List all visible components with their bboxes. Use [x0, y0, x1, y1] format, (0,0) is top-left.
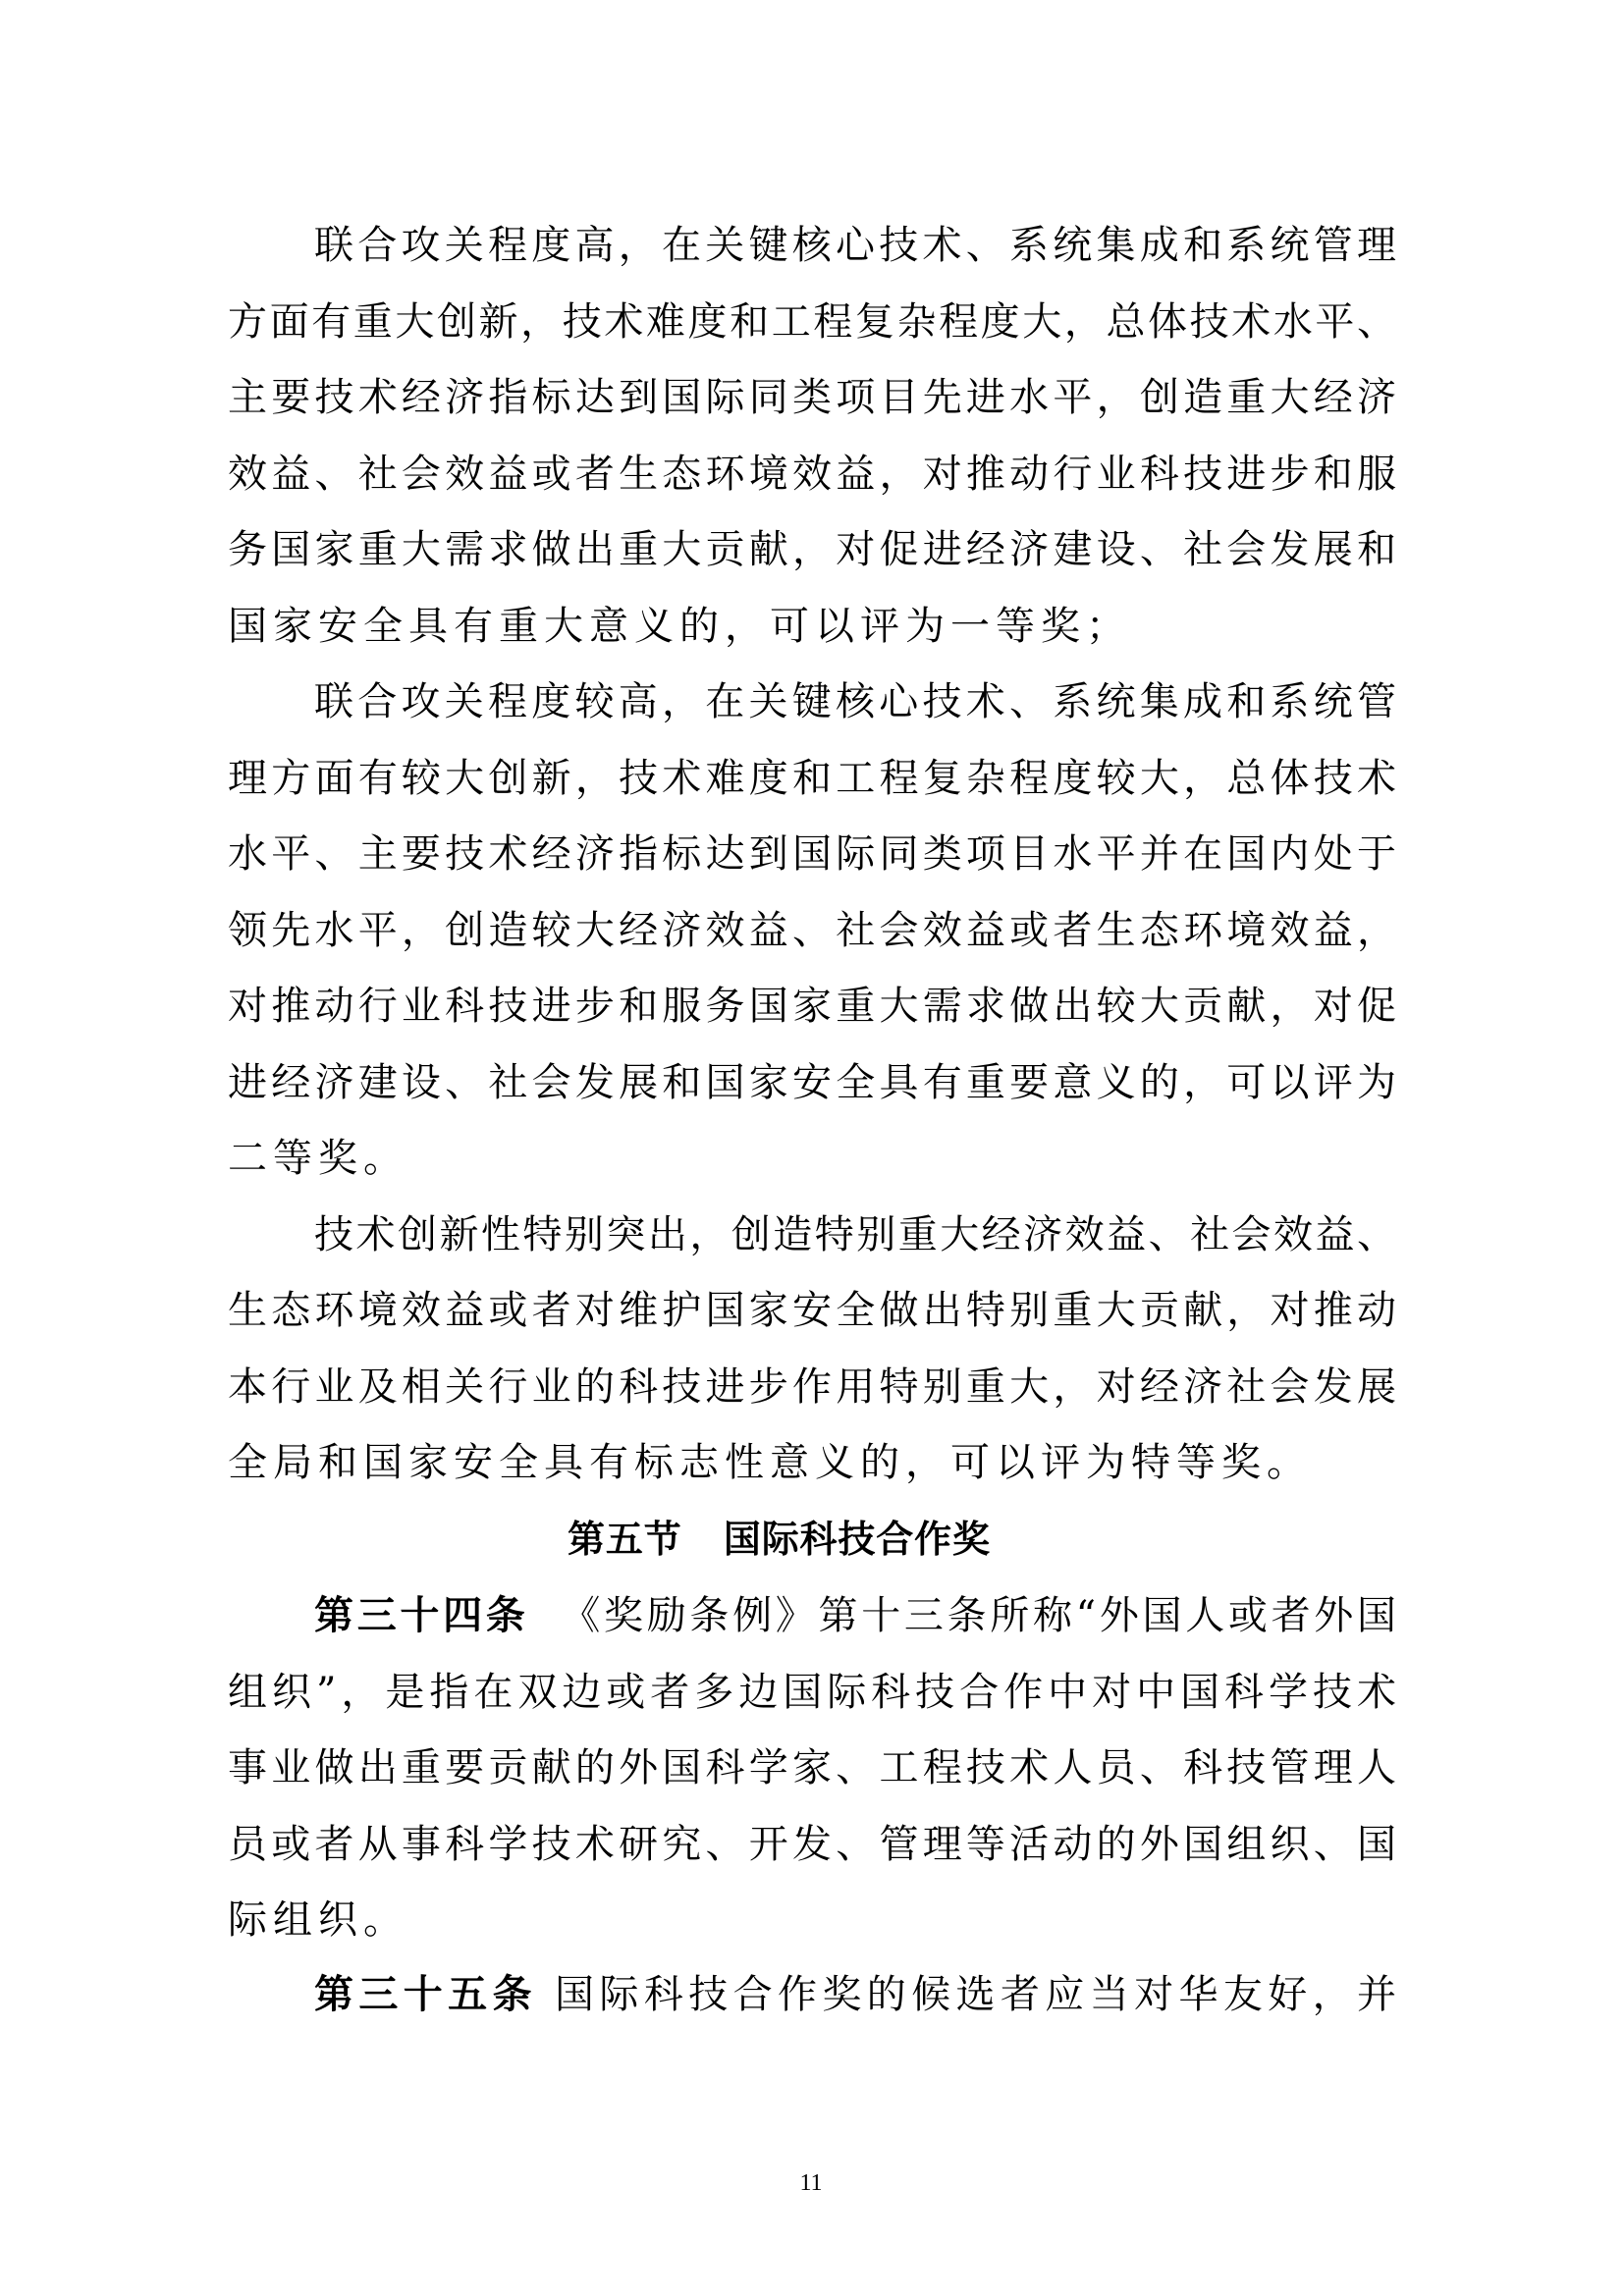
article-34-line-5: 际组织。	[228, 1898, 1396, 1942]
article-35-text: 国际科技合作奖的候选者应当对华友好，并	[555, 1972, 1396, 2017]
article-34-text: 《奖励条例》第十三条所称“外国人或者外国	[561, 1593, 1396, 1638]
paragraph-3-line-4: 全局和国家安全具有标志性意义的，可以评为特等奖。	[228, 1441, 1396, 1484]
paragraph-2-line-5: 对推动行业科技进步和服务国家重大需求做出较大贡献，对促	[228, 985, 1396, 1028]
article-34-line-1: 第三十四条 《奖励条例》第十三条所称“外国人或者外国	[314, 1594, 1396, 1637]
paragraph-1-line-3: 主要技术经济指标达到国际同类项目先进水平，创造重大经济	[228, 376, 1396, 419]
paragraph-1-line-2: 方面有重大创新，技术难度和工程复杂程度大，总体技术水平、	[228, 300, 1396, 344]
paragraph-3-line-3: 本行业及相关行业的科技进步作用特别重大，对经济社会发展	[228, 1365, 1396, 1409]
paragraph-3-line-1: 技术创新性特别突出，创造特别重大经济效益、社会效益、	[314, 1213, 1396, 1256]
paragraph-1-line-4: 效益、社会效益或者生态环境效益，对推动行业科技进步和服	[228, 453, 1396, 496]
document-page: 联合攻关程度高，在关键核心技术、系统集成和系统管理 方面有重大创新，技术难度和工…	[0, 0, 1624, 2296]
paragraph-2-line-7: 二等奖。	[228, 1137, 1396, 1180]
article-34-line-3: 事业做出重要贡献的外国科学家、工程技术人员、科技管理人	[228, 1746, 1396, 1789]
section-title: 国际科技合作奖	[724, 1518, 990, 1561]
paragraph-2-line-1: 联合攻关程度较高，在关键核心技术、系统集成和系统管	[314, 680, 1396, 723]
article-34-line-2: 组织”，是指在双边或者多边国际科技合作中对中国科学技术	[228, 1671, 1396, 1714]
section-heading: 第五节 国际科技合作奖	[568, 1518, 990, 1561]
article-35-line-1: 第三十五条 国际科技合作奖的候选者应当对华友好，并	[314, 1973, 1396, 2016]
article-34-label: 第三十四条	[314, 1592, 528, 1638]
paragraph-2-line-4: 领先水平，创造较大经济效益、社会效益或者生态环境效益，	[228, 909, 1396, 952]
paragraph-2-line-6: 进经济建设、社会发展和国家安全具有重要意义的，可以评为	[228, 1061, 1396, 1104]
article-35-label: 第三十五条	[314, 1971, 537, 2017]
article-34-line-4: 员或者从事科学技术研究、开发、管理等活动的外国组织、国	[228, 1823, 1396, 1866]
paragraph-2-line-3: 水平、主要技术经济指标达到国际同类项目水平并在国内处于	[228, 832, 1396, 876]
page-number: 11	[785, 2169, 837, 2197]
section-number: 第五节	[568, 1518, 682, 1561]
paragraph-2-line-2: 理方面有较大创新，技术难度和工程复杂程度较大，总体技术	[228, 757, 1396, 800]
paragraph-1-line-5: 务国家重大需求做出重大贡献，对促进经济建设、社会发展和	[228, 528, 1396, 571]
paragraph-1-line-1: 联合攻关程度高，在关键核心技术、系统集成和系统管理	[314, 224, 1396, 267]
paragraph-3-line-2: 生态环境效益或者对维护国家安全做出特别重大贡献，对推动	[228, 1289, 1396, 1332]
paragraph-1-line-6: 国家安全具有重大意义的，可以评为一等奖；	[228, 605, 1396, 648]
